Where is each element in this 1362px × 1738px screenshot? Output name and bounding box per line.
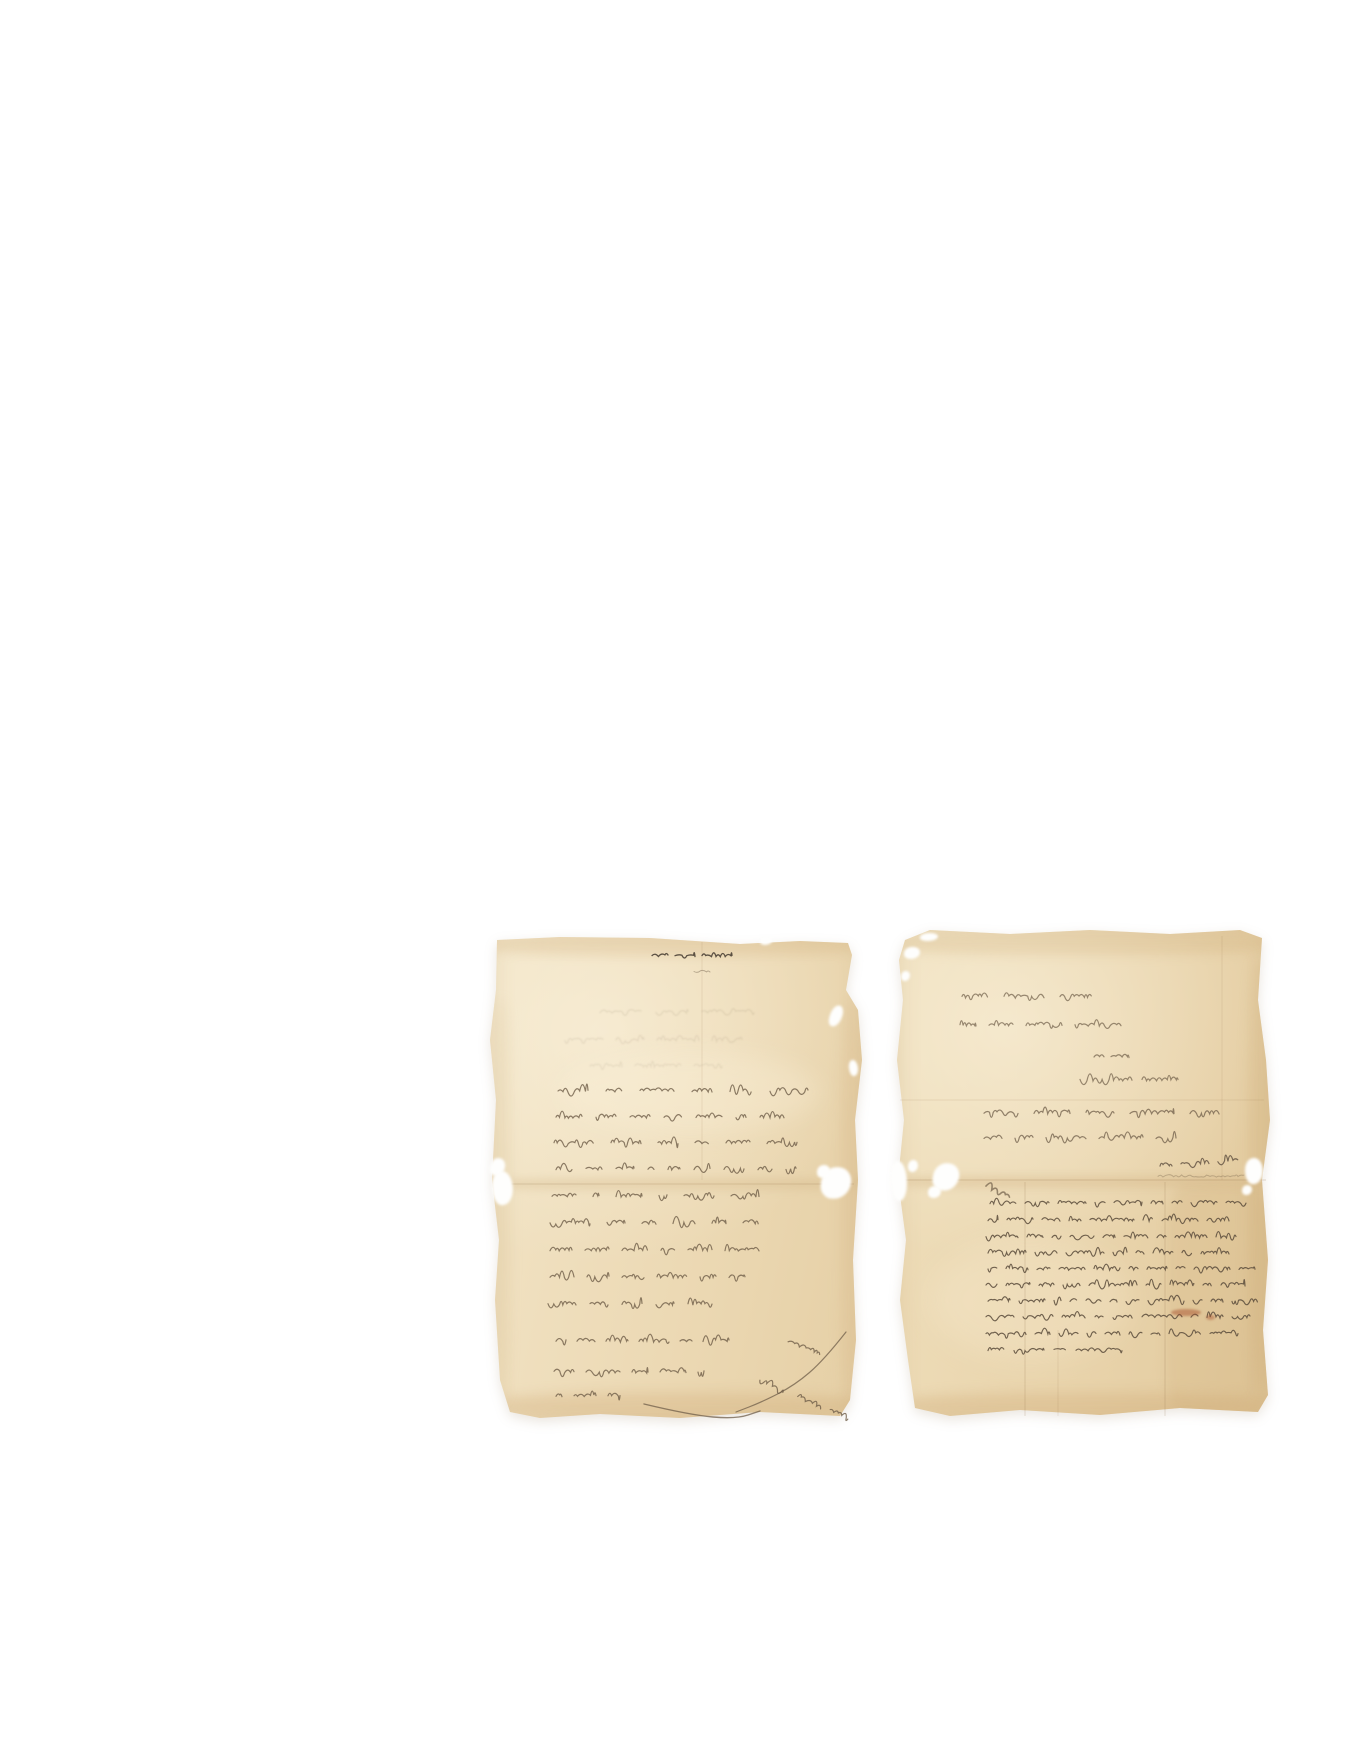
letter-page-left-wrap: [488, 934, 866, 1422]
ink-stain: [1171, 1309, 1201, 1316]
paper-tone-blotch: [1166, 1184, 1270, 1418]
photograph-background: [0, 0, 1362, 1738]
handwriting-ink-layer: [0, 0, 1362, 1738]
paper-tone-blotch: [490, 1178, 862, 1190]
letter-page-left: [488, 934, 866, 1422]
paper-tone-blotch: [896, 1392, 1274, 1420]
ink-stain: [1206, 1315, 1215, 1320]
paper-tone-blotch: [490, 1392, 862, 1420]
paper-tone-blotch: [896, 932, 1274, 956]
paper-tone-blotch: [490, 936, 862, 956]
paper-tone-blotch: [930, 1240, 1130, 1360]
paper-tone-blotch: [560, 1052, 820, 1132]
